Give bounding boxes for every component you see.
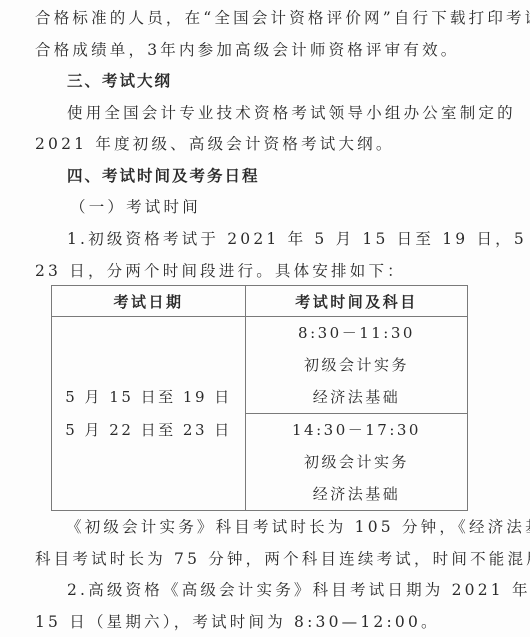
paragraph-line: 15 日（星期六），考试时间为 8:30—12:00。 — [35, 612, 440, 632]
session-subject: 经济法基础 — [246, 478, 467, 510]
paragraph-line: 合格标准的人员，在“全国会计资格评价网”自行下载打印考试 — [35, 8, 530, 28]
table-header: 考试时间及科目 — [246, 286, 468, 317]
session-cell: 8:30－11:30 初级会计实务 经济法基础 — [246, 317, 468, 414]
paragraph-line: 《初级会计实务》科目考试时长为 105 分钟，《经济法基础》 — [66, 517, 530, 537]
paragraph-line: 1.初级资格考试于 2021 年 5 月 15 日至 19 日，5 月 22 日… — [67, 229, 530, 249]
exam-dates-cell: 5 月 15 日至 19 日 5 月 22 日至 23 日 — [52, 317, 246, 511]
date-range: 5 月 22 日至 23 日 — [52, 414, 245, 447]
table-header: 考试日期 — [52, 286, 246, 317]
subsection-heading: （一）考试时间 — [70, 197, 201, 217]
session-subject: 经济法基础 — [246, 381, 467, 413]
section-heading: 四、考试时间及考务日程 — [67, 166, 260, 186]
session-subject: 初级会计实务 — [246, 446, 467, 478]
session-cell: 14:30－17:30 初级会计实务 经济法基础 — [246, 414, 468, 511]
session-time: 8:30－11:30 — [246, 317, 467, 349]
session-subject: 初级会计实务 — [246, 349, 467, 381]
section-heading: 三、考试大纲 — [67, 71, 172, 91]
date-range: 5 月 15 日至 19 日 — [52, 381, 245, 414]
paragraph-line: 23 日，分两个时间段进行。具体安排如下： — [35, 261, 406, 281]
paragraph-line: 使用全国会计专业技术资格考试领导小组办公室制定的 — [67, 103, 516, 123]
paragraph-line: 科目考试时长为 75 分钟，两个科目连续考试，时间不能混用。 — [35, 549, 530, 569]
exam-schedule-table: 考试日期 考试时间及科目 5 月 15 日至 19 日 5 月 22 日至 23… — [51, 285, 468, 511]
paragraph-line: 2021 年度初级、高级会计资格考试大纲。 — [35, 134, 395, 154]
paragraph-line: 2.高级资格《高级会计实务》科目考试日期为 2021 年 5 月 — [67, 580, 530, 600]
paragraph-line: 合格成绩单，3年内参加高级会计师资格评审有效。 — [35, 40, 459, 60]
session-time: 14:30－17:30 — [246, 414, 467, 446]
